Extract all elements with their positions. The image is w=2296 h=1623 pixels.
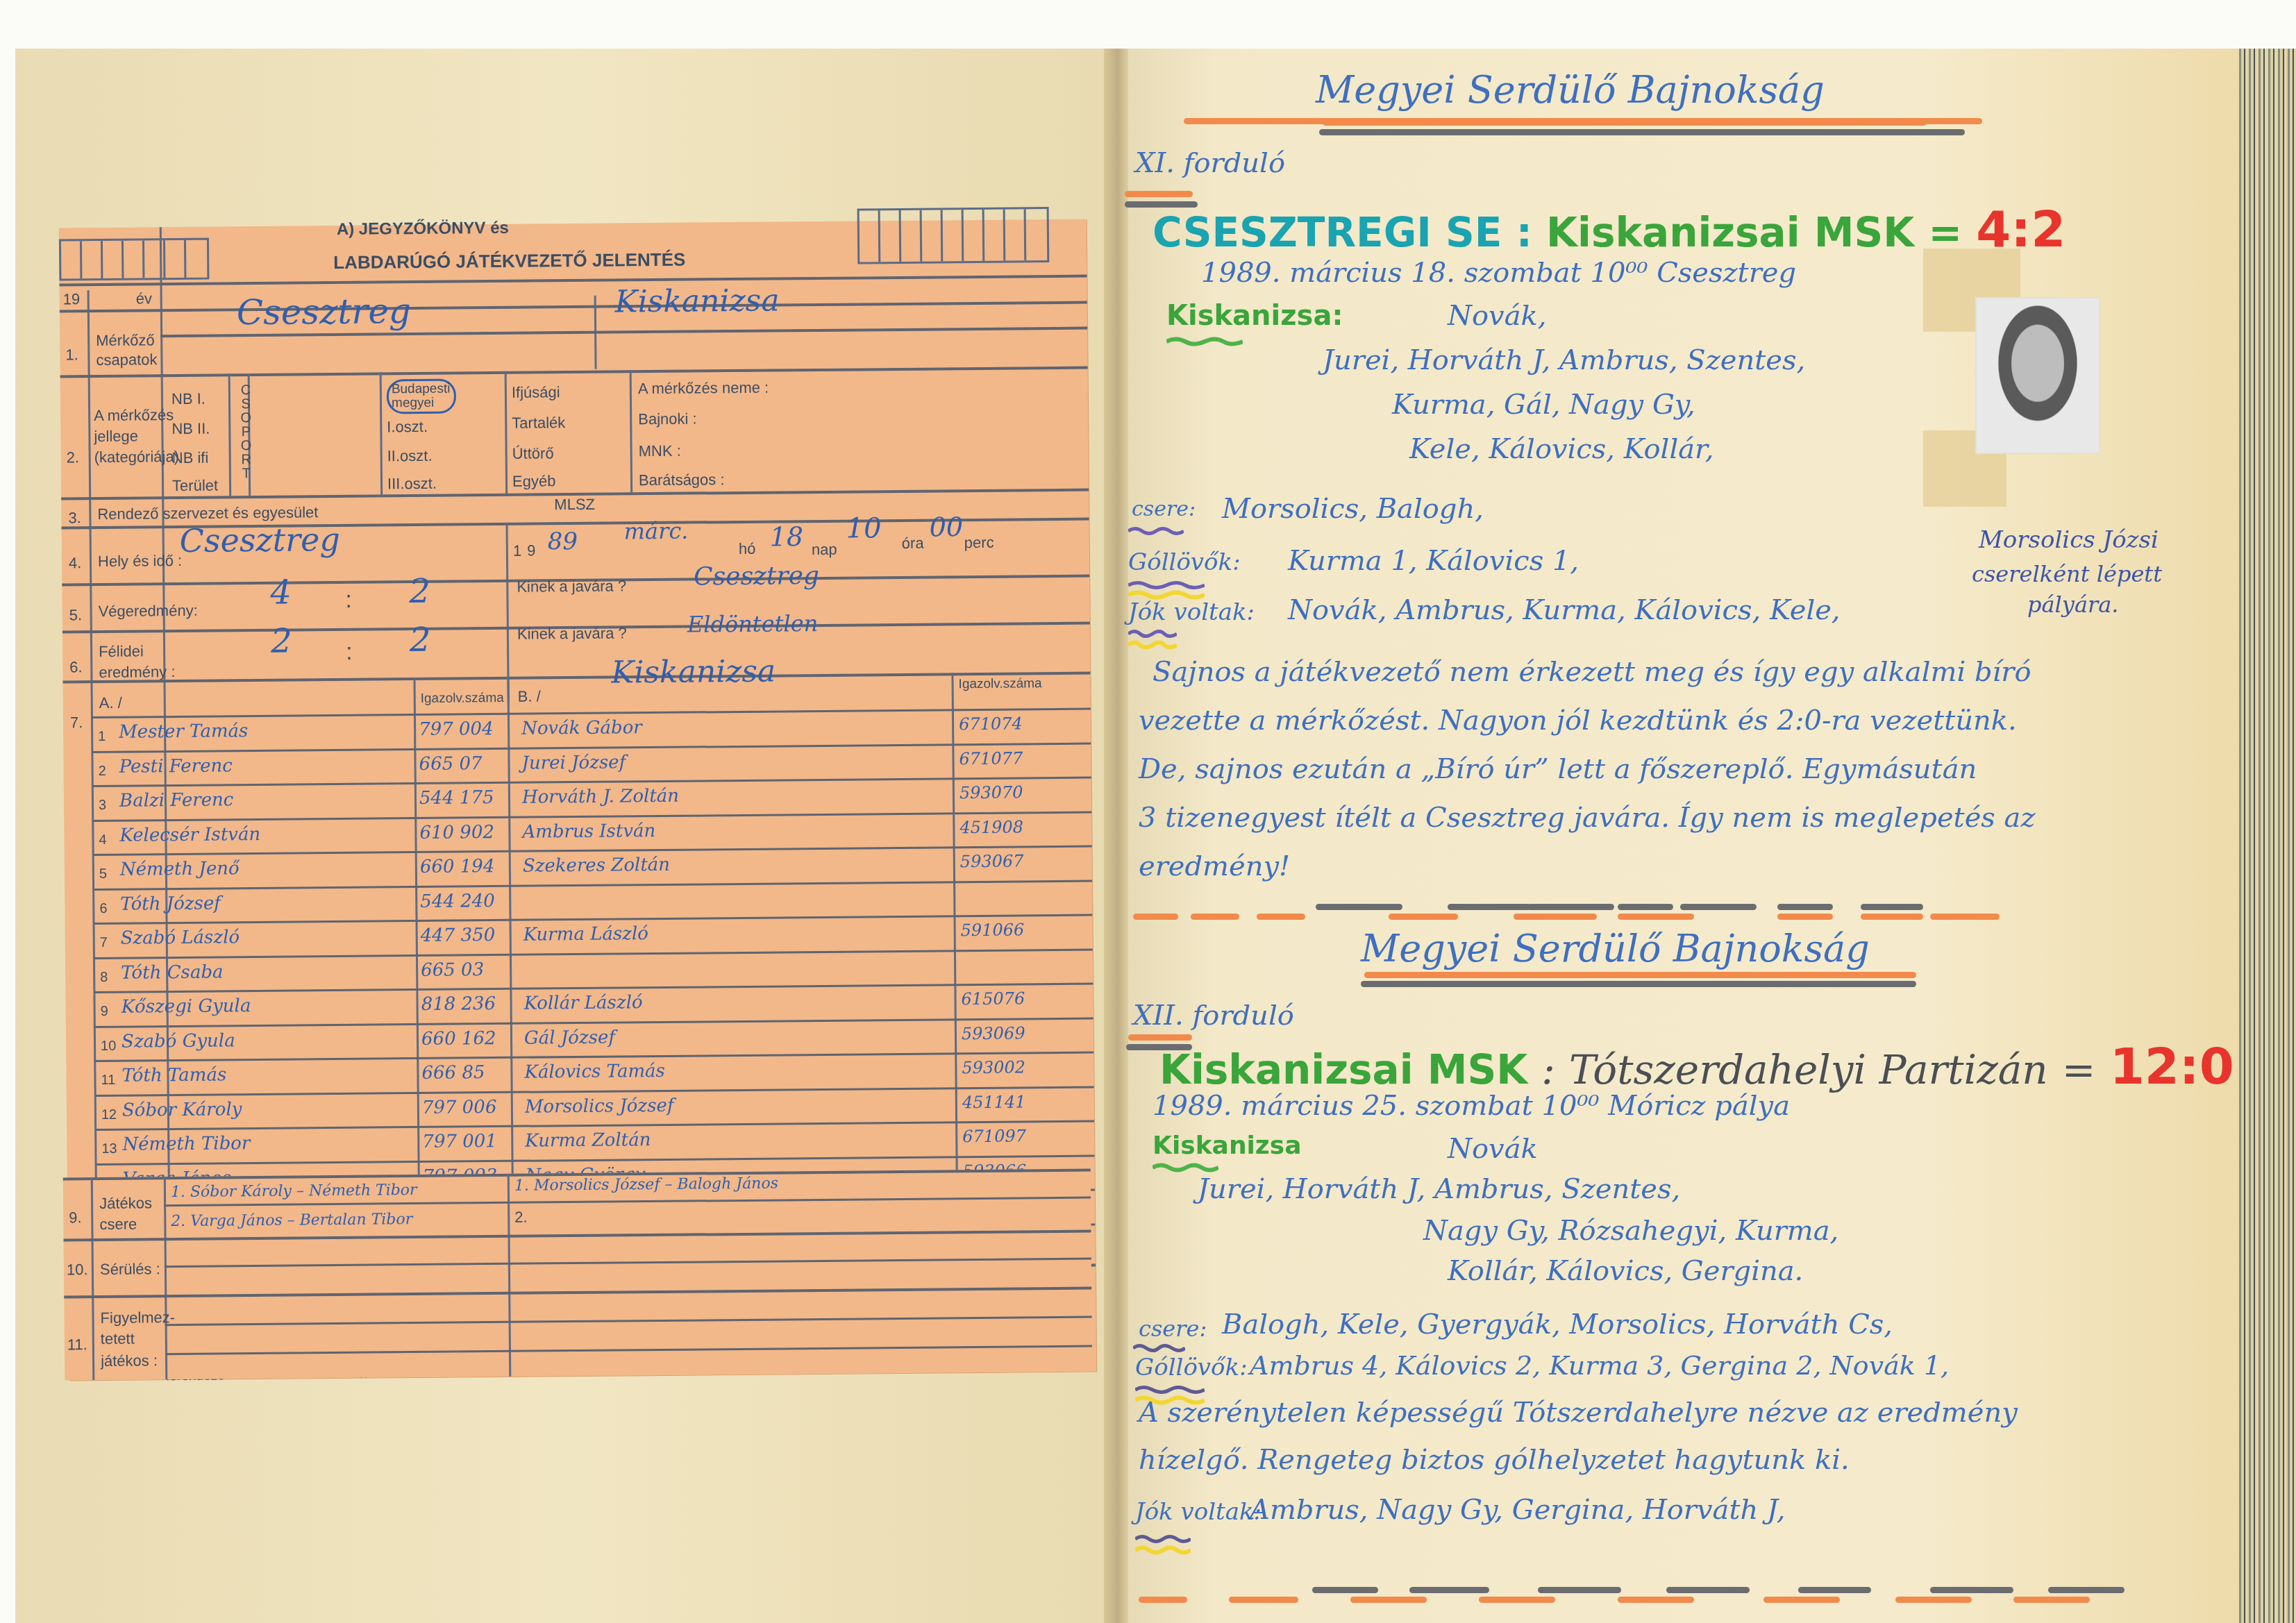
divider-dash xyxy=(1618,914,1694,920)
entry2-match-line: Kiskanizsai MSK : Tótszerdahelyi Partizá… xyxy=(1159,1037,2234,1095)
home-player-id: 544 175 xyxy=(419,787,494,809)
form-row-divider xyxy=(59,275,1087,287)
division-2: II.oszt. xyxy=(387,447,433,466)
level-nbifi: NB ifi xyxy=(172,449,209,467)
away-player-name: Kurma Zoltán xyxy=(525,1129,651,1152)
player-row-number: 12 xyxy=(101,1107,117,1122)
organizer-value: MLSZ xyxy=(554,496,595,514)
entry2-separator: : xyxy=(1541,1046,1555,1093)
player-row-number: 7 xyxy=(100,935,108,951)
year-prefix: 19 xyxy=(513,541,542,560)
divider-dash xyxy=(1133,914,1178,920)
s1-label: Mérkőző xyxy=(96,331,155,350)
player-row-divider xyxy=(94,880,1092,891)
divider-dash xyxy=(1538,1587,1621,1593)
entry2-team-wavy-underline xyxy=(1153,1163,1218,1172)
home-player-id: 610 902 xyxy=(419,822,494,843)
team-a-handwritten: Csesztreg xyxy=(237,291,412,333)
entry1-report-3: De, sajnos ezután a „Bíró úr” lett a fős… xyxy=(1139,753,1977,785)
s1-num: 1. xyxy=(65,346,78,364)
minute-handwritten: 00 xyxy=(929,512,963,542)
entry2-subs-wavy-purple xyxy=(1133,1343,1185,1353)
home-player-id: 544 240 xyxy=(420,891,495,912)
division-budapest-megyei-circled: Budapesti megyei xyxy=(387,379,456,414)
s11-label-b: tetett xyxy=(101,1330,135,1348)
s5-num: 5. xyxy=(69,606,83,624)
divider-dash xyxy=(2013,1597,2090,1603)
s6-label-b: eredmény : xyxy=(99,663,175,682)
away-player-id: 593069 xyxy=(962,1023,1025,1043)
player-row-divider xyxy=(94,983,1093,994)
away-player-name: Gál József xyxy=(524,1027,615,1048)
form-row-divider xyxy=(60,301,1087,313)
division-3: III.oszt. xyxy=(387,475,437,494)
divider-dash xyxy=(1680,904,1757,910)
hour-label: óra xyxy=(902,535,924,553)
form-row-divider xyxy=(62,672,1090,684)
player-row-divider xyxy=(93,777,1091,788)
match-kind: A mérkőzés neme : xyxy=(638,379,769,398)
player-row-divider xyxy=(95,1052,1093,1063)
type-tartalek: Tartalék xyxy=(512,414,565,432)
home-player-name: Tóth József xyxy=(120,893,221,914)
divider-dash xyxy=(1139,1597,1187,1603)
home-player-name: Pesti Ferenc xyxy=(119,755,232,777)
match-kind-friendly: Barátságos : xyxy=(639,471,725,489)
s5-favor-label: Kinek a javára ? xyxy=(517,577,626,596)
entry1-scorers: Kurma 1, Kálovics 1, xyxy=(1288,545,1579,577)
s9-label-a: Játékos xyxy=(99,1194,152,1213)
away-player-id: 593070 xyxy=(960,782,1023,802)
entry1-round: XI. forduló xyxy=(1135,147,1285,179)
away-player-name: Jurei József xyxy=(521,752,626,773)
year-suffix: év xyxy=(136,289,152,308)
entry1-date-line: 1989. március 18. szombat 10⁰⁰ Csesztreg xyxy=(1201,257,1796,289)
home-player-id: 797 001 xyxy=(422,1131,497,1152)
s2-label-b: jellege xyxy=(94,428,138,446)
player-row-divider xyxy=(93,811,1091,822)
away-player-name: Szekeres Zoltán xyxy=(523,855,670,877)
home-player-name: Kőszegi Gyula xyxy=(121,995,251,1018)
divider-dash xyxy=(1312,1587,1378,1593)
home-player-id: 818 236 xyxy=(421,993,496,1015)
entry1-scorers-label: Góllövők: xyxy=(1128,548,1241,576)
entry2-subs: Balogh, Kele, Gyergyák, Morsolics, Horvá… xyxy=(1222,1309,1893,1340)
form-row-divider xyxy=(60,367,1088,378)
s2-num: 2. xyxy=(67,448,80,466)
final-score-home: 4 xyxy=(270,573,292,612)
player-row-number: 11 xyxy=(101,1073,115,1088)
away-player-id: 615076 xyxy=(961,989,1025,1009)
entry1-heading: Megyei Serdülő Bajnokság xyxy=(1316,68,1825,112)
entry2-away-team: Tótszerdahelyi Partizán xyxy=(1569,1046,2048,1093)
entry1-report-1: Sajnos a játékvezető nem érkezett meg és… xyxy=(1153,656,2031,688)
player-row-number: 8 xyxy=(100,969,108,985)
entry2-heading: Megyei Serdülő Bajnokság xyxy=(1361,927,1870,970)
book-gutter xyxy=(1104,49,1132,1623)
photo-caption-line2: cserelként lépett xyxy=(1972,561,2162,587)
entry1-good-label: Jók voltak: xyxy=(1128,598,1255,626)
home-player-id: 665 07 xyxy=(419,753,482,775)
final-score-colon: : xyxy=(345,587,352,614)
csoport-label: CSOPORT xyxy=(235,382,257,480)
divider-dash xyxy=(1316,904,1402,910)
entry1-lineup-4: Kele, Kálovics, Kollár, xyxy=(1409,433,1714,465)
s7-num: 7. xyxy=(70,714,83,732)
form-number-boxes-left xyxy=(59,238,210,281)
entry1-heading-underline-grey xyxy=(1319,129,1965,135)
home-player-name: Tóth Csaba xyxy=(121,961,224,983)
player-row-divider xyxy=(97,1154,1095,1166)
home-player-id: 665 03 xyxy=(421,959,484,981)
home-player-id: 797 004 xyxy=(419,718,494,740)
entry2-scorers-label: Góllövők: xyxy=(1135,1354,1248,1381)
home-player-name: Kelecsér István xyxy=(119,823,260,846)
s3-num: 3. xyxy=(68,509,81,527)
player-row-divider xyxy=(94,948,1093,959)
s2-label-c: (kategóriája) xyxy=(94,448,180,466)
s5-favor-handwritten: Csesztreg xyxy=(694,562,819,591)
day-handwritten: 18 xyxy=(770,521,804,552)
divider-dash xyxy=(1777,904,1833,910)
divider-dash xyxy=(1191,914,1239,920)
entry2-lineup-3: Nagy Gy, Rózsahegyi, Kurma, xyxy=(1423,1215,1838,1247)
entry1-subs-label: csere: xyxy=(1132,497,1196,521)
s9-num: 9. xyxy=(69,1209,82,1227)
player-row-divider xyxy=(92,742,1091,753)
away-player-id: 451141 xyxy=(962,1092,1026,1112)
s7-b-id-header: Igazolv.száma xyxy=(958,676,1041,692)
place-handwritten: Csesztreg xyxy=(179,521,340,560)
level-nb2: NB II. xyxy=(171,420,210,438)
divider-dash xyxy=(1527,904,1614,910)
entry2-subs-label: csere: xyxy=(1139,1315,1207,1342)
hour-handwritten: 10 xyxy=(846,512,881,544)
divider-dash xyxy=(1389,914,1458,920)
player-row-divider xyxy=(92,708,1091,719)
entry2-home-team: Kiskanizsai MSK xyxy=(1159,1046,1527,1093)
home-player-name: Németh Jenő xyxy=(120,858,240,880)
entry1-scorers-wavy-purple xyxy=(1128,580,1205,590)
entry1-home-team: CSESZTREGI SE xyxy=(1153,209,1502,256)
final-score-away: 2 xyxy=(409,572,430,611)
sub-home-1: 1. Sóbor Károly – Németh Tibor xyxy=(171,1181,417,1201)
divider-dash xyxy=(1861,904,1923,910)
entry1-good-wavy-yellow xyxy=(1128,640,1177,650)
sub-away-2: 2. xyxy=(514,1209,528,1227)
s4-label: Hely és idő : xyxy=(98,552,182,571)
s11-label-a: Figyelmez- xyxy=(100,1309,175,1327)
player-row-divider xyxy=(96,1120,1094,1132)
type-uttoro: Úttörő xyxy=(512,444,554,463)
entry1-separator: : xyxy=(1516,209,1532,256)
divider-dash xyxy=(1618,1597,1694,1603)
entry2-report-2: hízelgő. Rengeteg biztos gólhelyzetet ha… xyxy=(1139,1444,1850,1476)
player-row-number: 13 xyxy=(101,1141,117,1157)
entry2-good-wavy-yellow xyxy=(1135,1545,1191,1555)
type-ifjusagi: Ifjúsági xyxy=(512,383,560,402)
away-player-name: Kurma László xyxy=(523,923,648,945)
entry1-lineup-1: Novák, xyxy=(1448,300,1546,332)
photo-caption-line3: pályára. xyxy=(2027,591,2119,618)
halftime-score-colon: : xyxy=(346,639,353,666)
divider-dash xyxy=(1777,914,1833,920)
away-player-name: Ambrus István xyxy=(522,821,655,843)
divider-dash xyxy=(1895,1597,1972,1603)
entry1-heading-underline-orange xyxy=(1323,119,1927,126)
entry1-good-wavy-purple xyxy=(1128,629,1177,639)
home-player-id: 447 350 xyxy=(421,925,496,946)
team-b-handwritten: Kiskanizsa xyxy=(615,283,780,319)
s9-label-b: csere xyxy=(99,1216,137,1234)
entry2-lineup-1: Novák xyxy=(1448,1133,1538,1165)
entry2-score: 12:0 xyxy=(2110,1037,2234,1095)
divider-dash xyxy=(1618,904,1673,910)
referee-report-form-lower: 9. Játékos csere 1. Sóbor Károly – Német… xyxy=(63,1169,1092,1381)
player-row-number: 2 xyxy=(99,763,106,779)
entry1-round-underline-orange xyxy=(1125,191,1193,197)
player-row-number: 10 xyxy=(101,1038,116,1054)
entry1-subs-wavy-purple xyxy=(1128,526,1184,536)
entry1-lineup-2: Jurei, Horváth J, Ambrus, Szentes, xyxy=(1323,344,1805,376)
divider-dash xyxy=(1798,1587,1871,1593)
divider-dash xyxy=(2048,1587,2125,1593)
home-player-name: Mester Tamás xyxy=(119,721,248,743)
entry1-team-label: Kiskanizsa: xyxy=(1166,300,1343,332)
level-nb1: NB I. xyxy=(171,390,206,408)
s7-b-label: B. / xyxy=(518,687,541,705)
form-vline xyxy=(630,370,633,492)
match-kind-bajnoki: Bajnoki : xyxy=(638,410,697,428)
year-label: 19 xyxy=(63,290,81,308)
away-player-id: 593067 xyxy=(960,851,1024,871)
divider-dash xyxy=(1257,914,1305,920)
player-row-divider xyxy=(94,846,1092,857)
s11-num: 11. xyxy=(67,1336,87,1354)
division-1: I.oszt. xyxy=(387,418,428,437)
s7-a-label: A. / xyxy=(99,694,122,712)
entry2-good-wavy-purple xyxy=(1135,1534,1191,1544)
entry2-round: XII. forduló xyxy=(1133,1000,1294,1032)
player-row-divider xyxy=(94,914,1093,925)
player-row-number: 1 xyxy=(98,729,106,745)
entry1-away-team: Kiskanizsai MSK xyxy=(1546,209,1914,256)
level-terulet: Terület xyxy=(172,477,218,496)
entry2-date-line: 1989. március 25. szombat 10⁰⁰ Móricz pá… xyxy=(1153,1090,1790,1122)
home-player-name: Szabó László xyxy=(121,927,240,948)
entry2-lineup-4: Kollár, Kálovics, Gergina. xyxy=(1448,1255,1803,1287)
halftime-score-home: 2 xyxy=(271,622,292,661)
s7-b-team-handwritten: Kiskanizsa xyxy=(611,654,776,691)
year-digits-handwritten: 89 xyxy=(548,528,578,555)
month-label: hó xyxy=(739,540,756,558)
page-edges xyxy=(2239,49,2296,1623)
home-player-name: Szabó Gyula xyxy=(121,1030,235,1052)
divider-dash xyxy=(1229,1597,1298,1603)
entry2-heading-underline-grey xyxy=(1361,981,1916,987)
entry1-report-2: vezette a mérkőzést. Nagyon jól kezdtünk… xyxy=(1139,705,2017,737)
s11-label-c: játékos : xyxy=(101,1352,158,1370)
player-photo xyxy=(1975,297,2100,454)
entry1-lineup-3: Kurma, Gál, Nagy Gy, xyxy=(1392,389,1695,421)
match-kind-mnk: MNK : xyxy=(639,442,681,461)
s10-num: 10. xyxy=(67,1261,88,1279)
form-number-boxes-right xyxy=(857,207,1050,264)
day-label: nap xyxy=(812,541,837,559)
player-row-divider xyxy=(95,1017,1093,1028)
s2-label-a: A mérkőzés xyxy=(94,406,174,425)
type-egyeb: Egyéb xyxy=(512,472,556,491)
away-player-id: 671097 xyxy=(962,1126,1026,1146)
form-vline xyxy=(505,371,508,494)
divider-dash xyxy=(1930,1587,2013,1593)
s1-label-b: csapatok xyxy=(96,351,157,369)
home-player-id: 660 194 xyxy=(420,856,495,877)
sub-away-1: 1. Morsolics József – Balogh János xyxy=(514,1175,778,1194)
entry2-team-label: Kiskanizsa xyxy=(1153,1132,1302,1160)
divider-dash xyxy=(1350,1597,1427,1603)
entry1-good: Novák, Ambrus, Kurma, Kálovics, Kele, xyxy=(1288,594,1841,626)
month-handwritten: márc. xyxy=(623,518,688,545)
form-vline xyxy=(380,372,383,494)
away-player-id: 591066 xyxy=(961,920,1025,940)
away-player-name: Morsolics József xyxy=(525,1095,674,1117)
away-player-id: 671074 xyxy=(959,714,1023,734)
away-player-name: Kálovics Tamás xyxy=(524,1061,665,1083)
sub-home-2: 2. Varga János – Bertalan Tibor xyxy=(171,1211,412,1230)
entry2-equals: = xyxy=(2062,1046,2096,1093)
away-player-name: Kollár László xyxy=(523,992,642,1014)
form-title-line1: A) JEGYZŐKÖNYV és xyxy=(337,219,509,239)
away-player-id: 451908 xyxy=(960,817,1023,837)
home-player-id: 797 006 xyxy=(422,1097,497,1118)
divider-dash xyxy=(1861,914,1923,920)
divider-dash xyxy=(1448,904,1531,910)
divider-dash xyxy=(1666,1587,1750,1593)
entry2-lineup-2: Jurei, Horváth J, Ambrus, Szentes, xyxy=(1198,1173,1680,1205)
minute-label: perc xyxy=(964,534,994,552)
entry2-good: Ambrus, Nagy Gy, Gergina, Horváth J, xyxy=(1250,1494,1785,1526)
s6-label-a: Félidei xyxy=(99,642,144,661)
s6-favor-label: Kinek a javára ? xyxy=(517,624,627,643)
s6-favor-handwritten: Eldöntetlen xyxy=(687,610,819,638)
entry1-team-wavy-underline xyxy=(1166,337,1243,346)
s7-a-id-header: Igazolv.száma xyxy=(421,691,504,707)
s10-label: Sérülés : xyxy=(100,1260,160,1279)
form-title-line2: LABDARÚGÓ JÁTÉKVEZETŐ JELENTÉS xyxy=(333,249,685,274)
home-player-name: Balzi Ferenc xyxy=(119,789,234,811)
entry2-heading-underline-orange xyxy=(1364,972,1916,978)
form-vline xyxy=(228,373,232,496)
home-player-name: Németh Tibor xyxy=(122,1133,250,1155)
divider-dash xyxy=(1763,1597,1840,1603)
player-row-number: 5 xyxy=(99,866,107,882)
divider-dash xyxy=(1479,1597,1555,1603)
home-player-id: 666 85 xyxy=(421,1062,485,1084)
entry2-good-label: Jók voltak: xyxy=(1135,1498,1262,1526)
player-row-number: 4 xyxy=(99,832,106,848)
player-row-number: 9 xyxy=(101,1004,108,1020)
entry1-report-5: eredmény! xyxy=(1139,850,1290,882)
s4-num: 4. xyxy=(69,554,82,572)
divider-dash xyxy=(1409,1587,1489,1593)
home-player-id: 660 162 xyxy=(421,1028,496,1050)
entry2-scorers-wavy-purple xyxy=(1135,1385,1205,1395)
away-player-name: Novák Gábor xyxy=(521,717,642,739)
halftime-score-away: 2 xyxy=(410,621,431,659)
home-player-name: Sóbor Károly xyxy=(122,1099,242,1121)
entry1-report-4: 3 tizenegyest ítélt a Csesztreg javára. … xyxy=(1139,802,2035,834)
away-player-id: 593002 xyxy=(962,1057,1025,1077)
s6-num: 6. xyxy=(69,658,83,676)
entry1-subs: Morsolics, Balogh, xyxy=(1222,493,1484,525)
photo-caption-name: Morsolics Józsi xyxy=(1979,526,2159,554)
home-player-name: Tóth Tamás xyxy=(121,1064,226,1086)
divider-dash xyxy=(1514,914,1597,920)
divider-dash xyxy=(1930,914,2000,920)
s5-label: Végeredmény: xyxy=(98,602,197,621)
entry2-report-1: A szerénytelen képességű Tótszerdahelyre… xyxy=(1139,1397,2018,1429)
player-row-divider xyxy=(96,1086,1094,1097)
player-row-number: 6 xyxy=(99,900,107,916)
away-player-id: 671077 xyxy=(959,748,1023,768)
away-player-name: Horváth J. Zoltán xyxy=(522,786,679,808)
player-row-number: 3 xyxy=(99,798,106,814)
entry2-scorers: Ambrus 4, Kálovics 2, Kurma 3, Gergina 2… xyxy=(1250,1350,1949,1381)
